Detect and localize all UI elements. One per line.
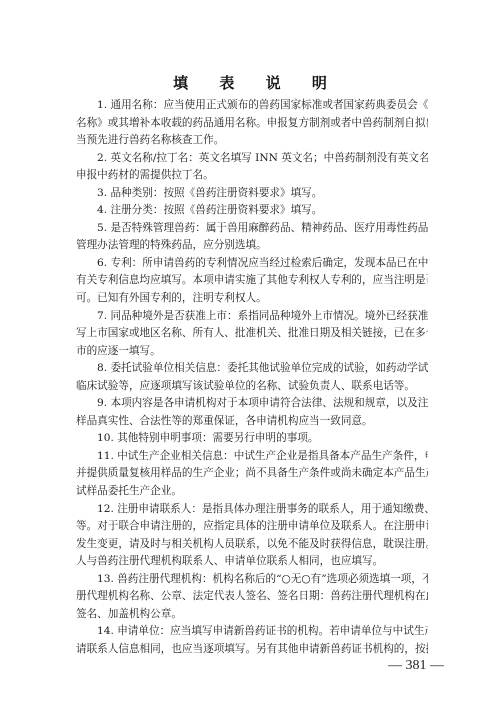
instruction-item-3: 3. 品种类别：按照《兽药注册资料要求》填写。 bbox=[76, 185, 428, 203]
instruction-item-4: 4. 注册分类：按照《兽药注册资料要求》填写。 bbox=[76, 202, 428, 220]
instruction-line: 当预先进行兽药名称核查工作。 bbox=[76, 132, 428, 150]
instruction-item-1: 1. 通用名称：应当使用正式颁布的兽药国家标准或者国家药典委员会《中国药品通用名… bbox=[76, 97, 428, 150]
instruction-line: 有关专利信息均应填写。本项申请实施了其他专利权人专利的，应当注明是否得到其实施许 bbox=[76, 272, 428, 290]
instructions-body: 1. 通用名称：应当使用正式颁布的兽药国家标准或者国家药典委员会《中国药品通用名… bbox=[76, 97, 428, 659]
instruction-line: 签名、加盖机构公章。 bbox=[76, 606, 428, 624]
instruction-item-9: 9. 本项内容是各申请机构对于本项申请符合法律、法规和规章，以及注册资料、数据、… bbox=[76, 395, 428, 430]
instruction-line: 3. 品种类别：按照《兽药注册资料要求》填写。 bbox=[76, 185, 428, 203]
instruction-line: 临床试验等，应逐项填写该试验单位的名称、试验负责人、联系电话等。 bbox=[76, 378, 428, 396]
instruction-line: 发生变更，请及时与相关机构人员联系，以免不能及时获得信息，耽误注册。如果注册申请 bbox=[76, 536, 428, 554]
instruction-line: 7. 同品种境外是否获准上市：系指同品种境外上市情况。境外已经获准上市的，应填 bbox=[76, 308, 428, 326]
instruction-item-8: 8. 委托试验单位相关信息：委托其他试验单位完成的试验，如药动学试验、药敏试验、… bbox=[76, 360, 428, 395]
instruction-line: 1. 通用名称：应当使用正式颁布的兽药国家标准或者国家药典委员会《中国药品通用 bbox=[76, 97, 428, 115]
instruction-line: 写上市国家或地区名称、所有人、批准机关、批准日期及相关链接，已在多个国家或地区上 bbox=[76, 325, 428, 343]
instruction-line: 申报中药材的需提供拉丁名。 bbox=[76, 167, 428, 185]
instruction-line: 9. 本项内容是各申请机构对于本项申请符合法律、法规和规章，以及注册资料、数据、 bbox=[76, 395, 428, 413]
instruction-line: 12. 注册申请联系人：是指具体办理注册事务的联系人，用于通知缴费、接收评审意见 bbox=[76, 501, 428, 519]
instruction-line: 4. 注册分类：按照《兽药注册资料要求》填写。 bbox=[76, 202, 428, 220]
page-number: — 381 — bbox=[388, 658, 444, 674]
instruction-item-14: 14. 申请单位：应当填写申请新兽药证书的机构。若申请单位与中试生产企业、注册申… bbox=[76, 623, 428, 658]
instruction-line: 并提供质量复核用样品的生产企业；尚不具备生产条件或尚未确定本产品生产企业的，填中 bbox=[76, 465, 428, 483]
instruction-line: 等。对于联合申请注册的，应指定具体的注册申请单位及联系人。在注册申请过程中联系人 bbox=[76, 518, 428, 536]
instruction-line: 8. 委托试验单位相关信息：委托其他试验单位完成的试验，如药动学试验、药敏试验、 bbox=[76, 360, 428, 378]
instruction-item-12: 12. 注册申请联系人：是指具体办理注册事务的联系人，用于通知缴费、接收评审意见… bbox=[76, 501, 428, 571]
instruction-line: 11. 中试生产企业相关信息：中试生产企业是指具备本产品生产条件，申请生产本产品 bbox=[76, 448, 428, 466]
instruction-line: 管理办法管理的特殊药品，应分别选填。 bbox=[76, 237, 428, 255]
instruction-line: 5. 是否特殊管理兽药：属于兽用麻醉药品、精神药品、医疗用毒性药品、放射性药品 bbox=[76, 220, 428, 238]
instruction-item-7: 7. 同品种境外是否获准上市：系指同品种境外上市情况。境外已经获准上市的，应填写… bbox=[76, 308, 428, 361]
instruction-item-10: 10. 其他特别申明事项：需要另行申明的事项。 bbox=[76, 430, 428, 448]
instruction-item-11: 11. 中试生产企业相关信息：中试生产企业是指具备本产品生产条件，申请生产本产品… bbox=[76, 448, 428, 501]
instruction-line: 样品真实性、合法性等的郑重保证，各申请机构应当一致同意。 bbox=[76, 413, 428, 431]
instruction-line: 可。已知有外国专利的，注明专利权人。 bbox=[76, 290, 428, 308]
instruction-line: 10. 其他特别申明事项：需要另行申明的事项。 bbox=[76, 430, 428, 448]
instruction-line: 人与兽药注册代理机构联系人、申请单位联系人相同，也应填写。 bbox=[76, 553, 428, 571]
instruction-line: 名称》或其增补本收载的药品通用名称。申报复方制剂或者中兽药制剂自拟兽药名称的，应 bbox=[76, 115, 428, 133]
instruction-item-6: 6. 专利：所申请兽药的专利情况应当经过检索后确定，发现本品已在中国获得保护的有… bbox=[76, 255, 428, 308]
page-title: 填 表 说 明 bbox=[0, 72, 500, 93]
instruction-item-5: 5. 是否特殊管理兽药：属于兽用麻醉药品、精神药品、医疗用毒性药品、放射性药品管… bbox=[76, 220, 428, 255]
instruction-line: 2. 英文名称/拉丁名：英文名填写 INN 英文名；中兽药制剂没有英文名的，可以… bbox=[76, 150, 428, 168]
instruction-line: 6. 专利：所申请兽药的专利情况应当经过检索后确定，发现本品已在中国获得保护的 bbox=[76, 255, 428, 273]
instruction-line: 13. 兽药注册代理机构：机构名称后的“○无○有”选项必须选填一项，不得空填。兽… bbox=[76, 571, 428, 589]
instruction-line: 册代理机构名称、公章、法定代表人签名、签名日期：兽药注册代理机构在此由法定代表人 bbox=[76, 588, 428, 606]
instruction-line: 市的应逐一填写。 bbox=[76, 343, 428, 361]
instruction-line: 请联系人信息相同，也应当逐项填写。另有其他申请新兽药证书机构的，按排名顺序依次添 bbox=[76, 641, 428, 659]
instruction-line: 试样品委托生产企业。 bbox=[76, 483, 428, 501]
instruction-item-2: 2. 英文名称/拉丁名：英文名填写 INN 英文名；中兽药制剂没有英文名的，可以… bbox=[76, 150, 428, 185]
instruction-item-13: 13. 兽药注册代理机构：机构名称后的“○无○有”选项必须选填一项，不得空填。兽… bbox=[76, 571, 428, 624]
instruction-line: 14. 申请单位：应当填写申请新兽药证书的机构。若申请单位与中试生产企业、注册申 bbox=[76, 623, 428, 641]
